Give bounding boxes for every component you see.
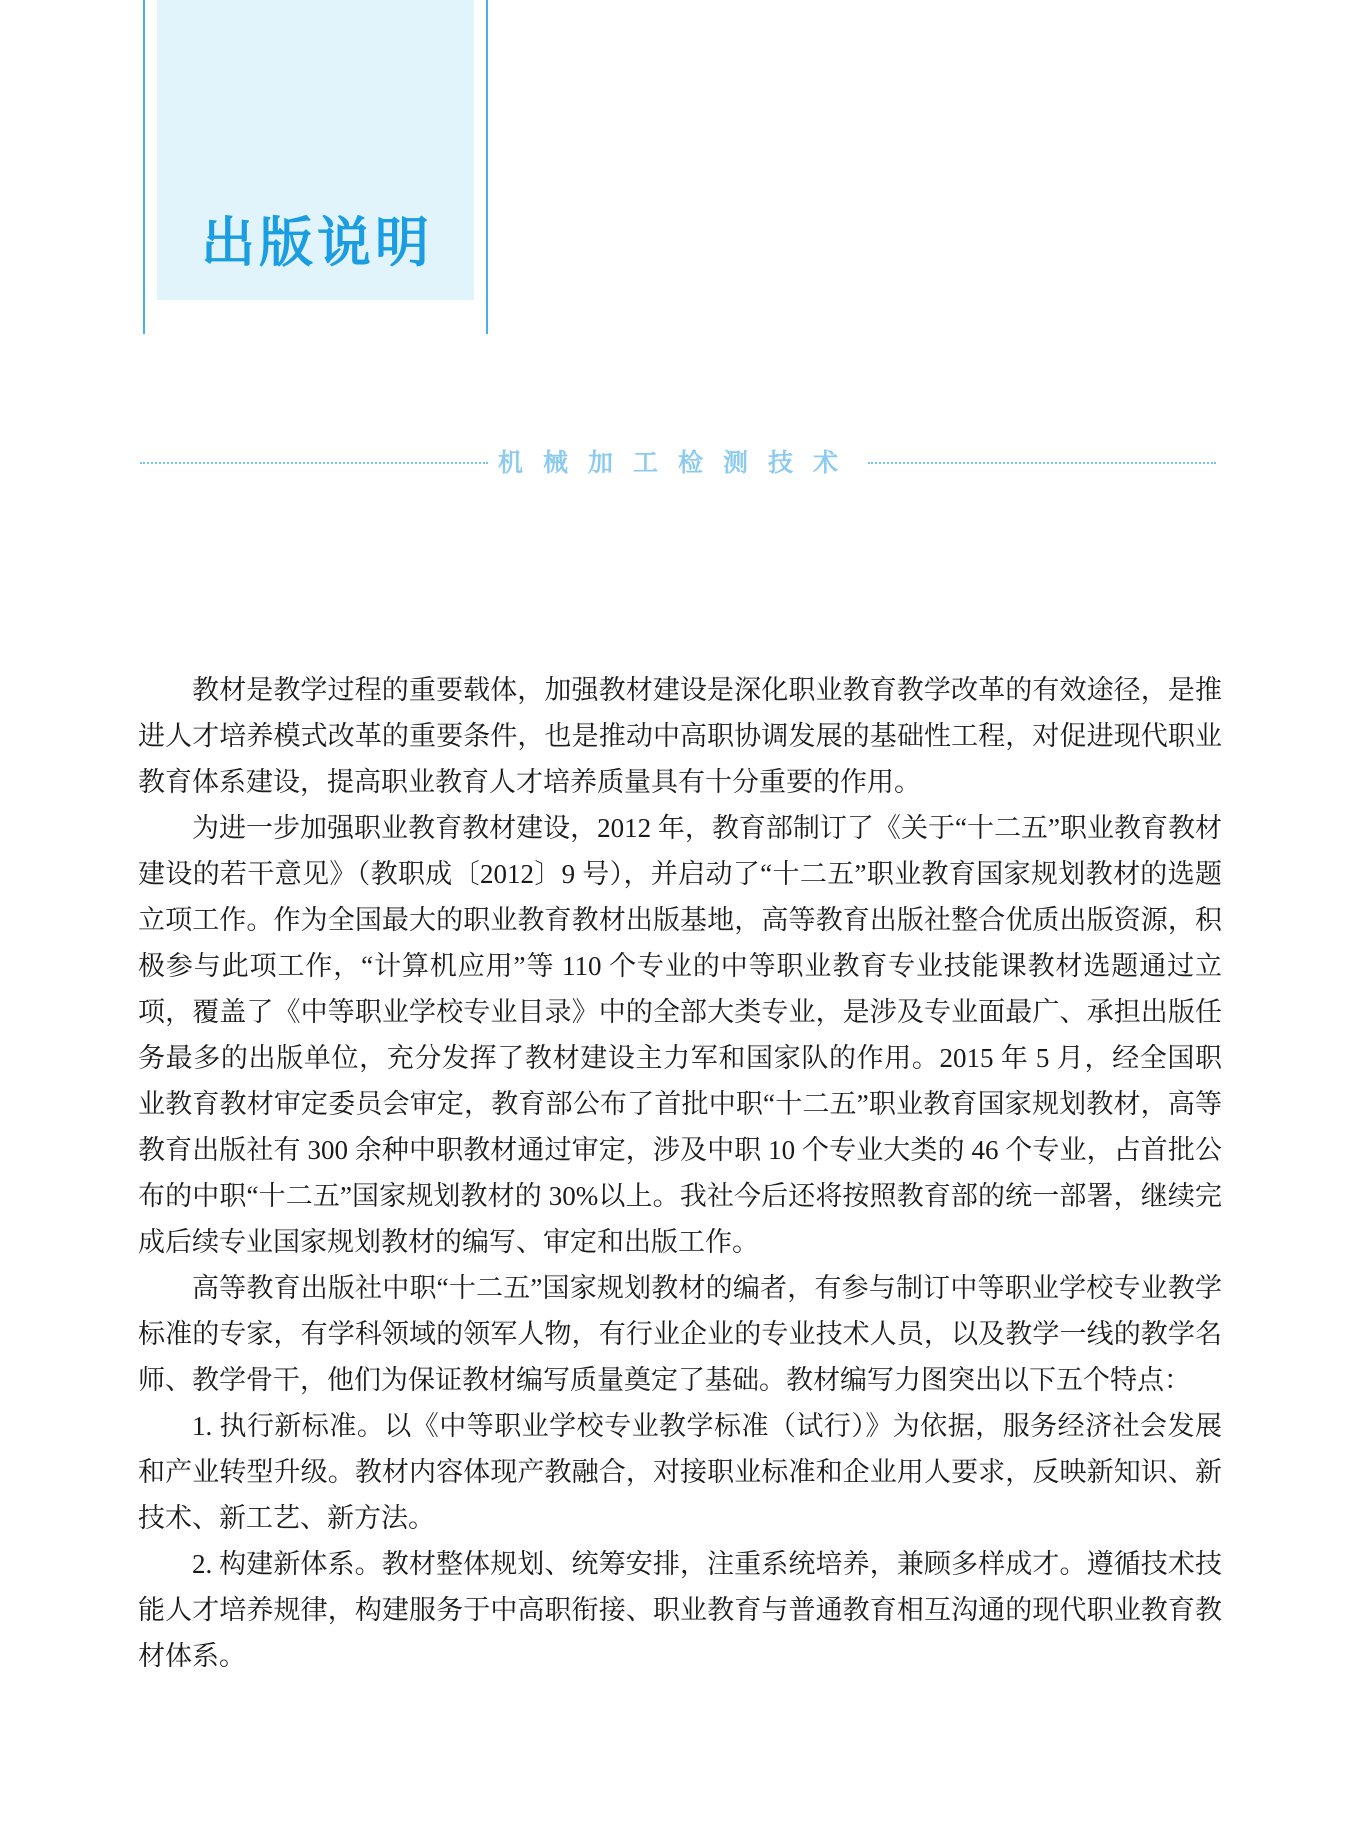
page-title: 出版说明: [201, 216, 433, 270]
paragraph-background: 为进一步加强职业教育教材建设，2012 年，教育部制订了《关于“十二五”职业教育…: [138, 805, 1222, 1265]
running-head: 机械加工检测技术: [140, 447, 1216, 479]
dotted-leader-right: [868, 462, 1216, 464]
book-page: 出版说明 机械加工检测技术 教材是教学过程的重要载体，加强教材建设是深化职业教育…: [0, 0, 1360, 1832]
paragraph-intro: 教材是教学过程的重要载体，加强教材建设是深化职业教育教学改革的有效途径，是推进人…: [138, 667, 1222, 805]
paragraph-feature-1: 1. 执行新标准。以《中等职业学校专业教学标准（试行）》为依据，服务经济社会发展…: [138, 1403, 1222, 1541]
title-box: 出版说明: [157, 0, 474, 300]
paragraph-authors: 高等教育出版社中职“十二五”国家规划教材的编者，有参与制订中等职业学校专业教学标…: [138, 1265, 1222, 1403]
left-vertical-rule: [143, 0, 145, 334]
dotted-leader-left: [140, 462, 488, 464]
right-vertical-rule: [486, 0, 488, 334]
publication-note-body: 教材是教学过程的重要载体，加强教材建设是深化职业教育教学改革的有效途径，是推进人…: [138, 667, 1222, 1679]
running-head-title: 机械加工检测技术: [498, 451, 858, 476]
paragraph-feature-2: 2. 构建新体系。教材整体规划、统筹安排，注重系统培养，兼顾多样成才。遵循技术技…: [138, 1541, 1222, 1679]
